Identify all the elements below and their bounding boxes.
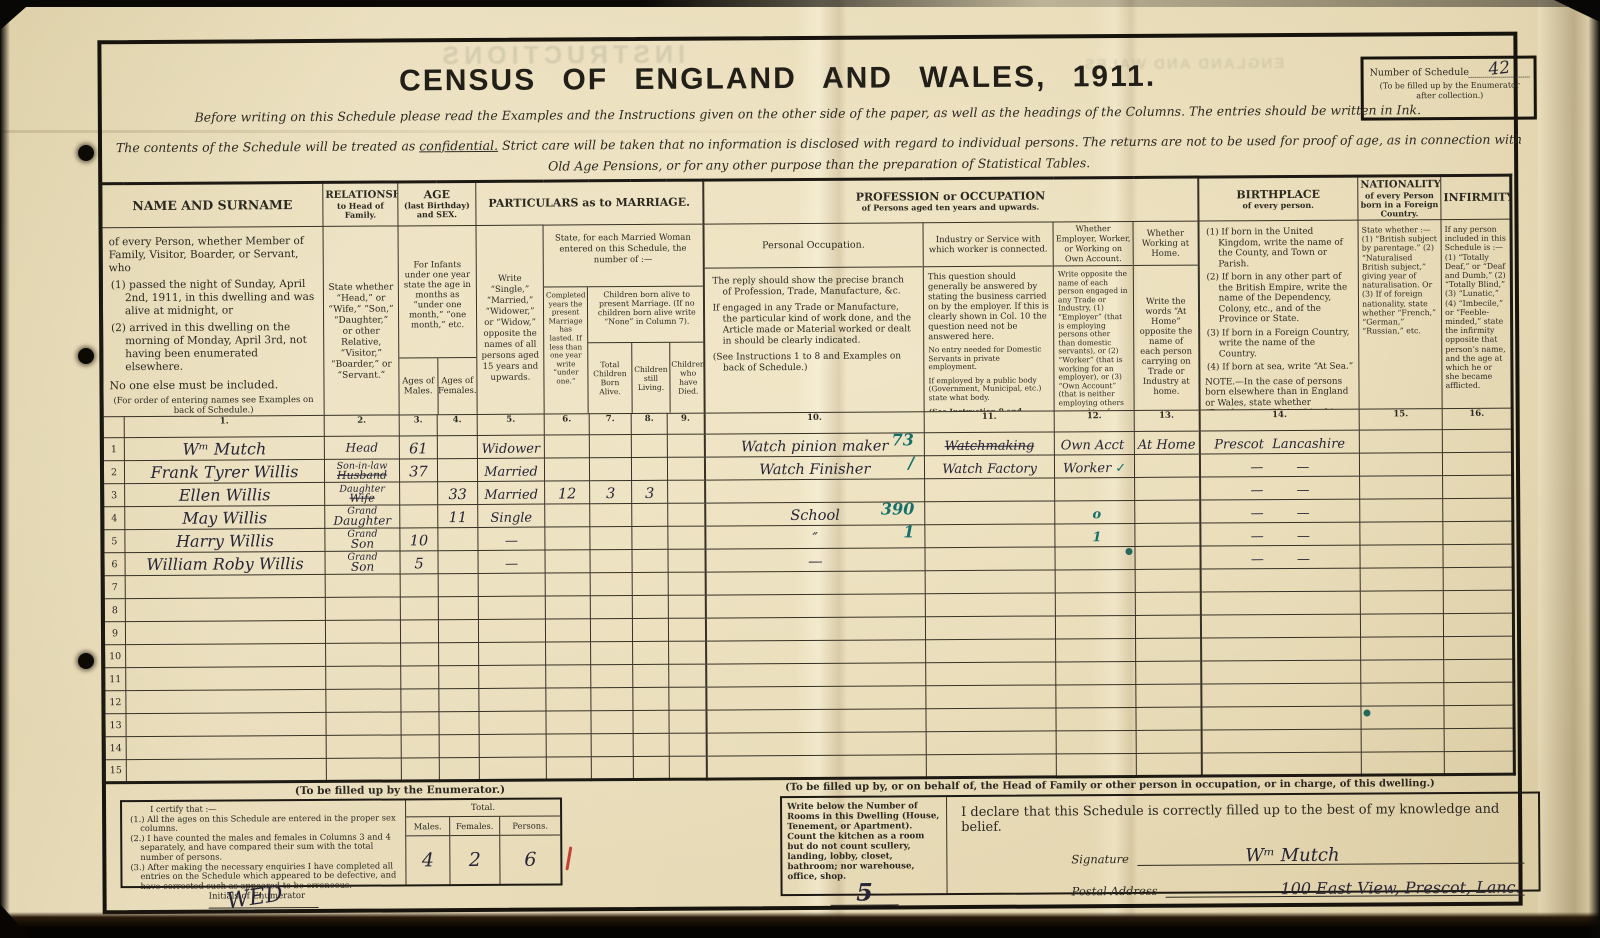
birthplace-cell: — — xyxy=(1200,545,1360,569)
birthplace-cell xyxy=(1200,568,1360,592)
nationality-cell xyxy=(1360,568,1443,592)
nationality-cell xyxy=(1360,453,1443,477)
census-schedule-scan: INSTRUCTIONS ENGLAND AND WALES CENSUS OF… xyxy=(0,0,1600,938)
marriage-cell xyxy=(479,642,546,665)
at-home-cell xyxy=(1135,569,1200,592)
children-born-cell xyxy=(590,504,632,527)
relationship-cell: Grand Son xyxy=(325,551,400,574)
birthplace-cell: — — xyxy=(1200,453,1360,477)
occupation-cell: ″1 xyxy=(705,525,925,549)
children-living-cell xyxy=(633,687,669,710)
infirmity-cell xyxy=(1444,705,1514,728)
name-cell xyxy=(126,712,326,736)
relationship-cell xyxy=(326,689,401,712)
years-married-cell xyxy=(545,619,590,642)
header-descriptions-row: of every Person, whether Member of Famil… xyxy=(101,219,1512,417)
row-number: 11 xyxy=(104,668,126,691)
infirmity-instructions: If any person included in this Schedule … xyxy=(1441,219,1512,408)
industry-cell: Watchmaking xyxy=(924,432,1054,456)
nationality-cell xyxy=(1361,660,1444,684)
relationship-cell xyxy=(326,643,401,666)
rooms-count-value: 5 xyxy=(830,881,899,905)
age-females-cell xyxy=(439,642,479,665)
children-living-cell xyxy=(633,664,669,687)
relationship-cell: Daughter Wife xyxy=(325,482,400,505)
children-died-cell xyxy=(667,457,704,480)
name-cell xyxy=(126,758,326,782)
birthplace-cell xyxy=(1200,591,1360,615)
marriage-cell xyxy=(479,734,546,757)
row-number: 5 xyxy=(103,530,125,553)
occupation-cell xyxy=(705,571,925,595)
intro-line-2: The contents of the Schedule will be tre… xyxy=(110,129,1528,180)
birthplace-cell xyxy=(1201,706,1361,730)
children-died-cell xyxy=(669,756,706,779)
birthplace-cell xyxy=(1200,614,1360,638)
infirmity-cell xyxy=(1444,751,1514,774)
name-cell xyxy=(125,597,325,621)
years-married-cell: 12 xyxy=(545,481,590,504)
children-living-cell xyxy=(632,503,668,526)
birthplace-cell: Prescot Lancashire xyxy=(1199,430,1359,454)
industry-instructions: Industry or Service with which worker is… xyxy=(923,222,1054,412)
occupation-cell xyxy=(706,686,926,710)
age-females-cell: 11 xyxy=(438,504,478,527)
nationality-cell xyxy=(1361,706,1444,730)
years-married-cell xyxy=(544,435,589,458)
marriage-children-group: State, for each Married Woman entered on… xyxy=(543,224,704,414)
marriage-cell: Married xyxy=(477,458,544,481)
scan-corner xyxy=(1554,0,1600,22)
name-column-instructions: of every Person, whether Member of Famil… xyxy=(101,226,324,416)
employer-worker-cell xyxy=(1056,638,1136,661)
children-living-cell: 3 xyxy=(632,480,668,503)
name-cell xyxy=(126,735,326,759)
years-married-cell xyxy=(546,757,591,780)
relationship-cell xyxy=(326,735,401,758)
name-cell: Harry Willis xyxy=(125,528,325,552)
infirmity-cell xyxy=(1443,475,1513,498)
years-married-cell xyxy=(546,688,591,711)
col-header-age: AGE(last Birthday) and SEX. xyxy=(398,181,476,225)
marriage-cell: Married xyxy=(478,481,545,504)
row-number: 9 xyxy=(103,622,125,645)
infirmity-cell xyxy=(1443,544,1513,567)
at-home-cell xyxy=(1136,684,1201,707)
nationality-instructions: State whether :— (1) “British subject by… xyxy=(1358,220,1442,410)
name-cell xyxy=(126,643,326,667)
children-died-cell xyxy=(667,434,704,457)
infirmity-cell xyxy=(1444,636,1514,659)
employer-worker-cell xyxy=(1055,569,1135,592)
years-married-cell xyxy=(546,711,591,734)
nationality-cell xyxy=(1361,752,1444,776)
children-living-cell xyxy=(633,710,669,733)
marriage-cell: — xyxy=(478,527,545,550)
relationship-instructions: State whether “Head,” or “Wife,” “Son,” … xyxy=(323,226,399,415)
age-females-cell xyxy=(438,573,478,596)
children-born-cell xyxy=(590,550,632,573)
signature-value: Wᵐ Mutch xyxy=(1245,845,1339,867)
infirmity-cell xyxy=(1442,429,1512,452)
employer-worker-cell: o xyxy=(1055,500,1135,523)
schedule-number-value: 42 xyxy=(1488,63,1511,75)
marriage-cell: Widower xyxy=(477,435,544,458)
occupation-cell xyxy=(706,709,926,733)
ages-of-males-label: Ages of Males. xyxy=(399,358,438,414)
persons-total: 6 xyxy=(524,849,536,871)
age-females-cell xyxy=(439,734,479,757)
age-males-cell: 5 xyxy=(400,551,438,574)
persons-label: Persons. xyxy=(500,816,560,834)
females-label: Females. xyxy=(450,817,500,835)
children-living-cell xyxy=(631,434,667,457)
years-married-cell xyxy=(545,550,590,573)
birthplace-cell: — — xyxy=(1200,499,1360,523)
at-home-cell xyxy=(1135,523,1200,546)
col-header-nationality: NATIONALITYof every Person born in a For… xyxy=(1358,176,1441,221)
children-born-cell xyxy=(589,458,631,481)
age-females-cell xyxy=(439,711,479,734)
row-number: 14 xyxy=(104,737,126,760)
age-males-cell xyxy=(401,712,439,735)
certify-item-2: (2.) I have counted the males and female… xyxy=(128,832,400,862)
col-header-marriage: PARTICULARS as to MARRIAGE. xyxy=(476,180,703,225)
employer-worker-cell xyxy=(1056,661,1136,684)
employer-worker-cell xyxy=(1055,546,1135,569)
children-living-cell xyxy=(633,756,669,779)
children-born-cell xyxy=(590,573,632,596)
nationality-cell xyxy=(1361,683,1444,707)
at-home-cell xyxy=(1135,500,1200,523)
ink-dot xyxy=(1125,548,1132,555)
punch-hole xyxy=(78,653,94,669)
scan-edge xyxy=(1588,0,1600,938)
children-born-cell xyxy=(590,596,632,619)
relationship-cell xyxy=(325,620,400,643)
children-living-label: Children still Living. xyxy=(632,343,670,413)
age-females-cell xyxy=(439,665,479,688)
children-living-cell xyxy=(632,526,668,549)
postal-address-label: Postal Address xyxy=(1072,884,1158,899)
children-died-label: Children who have Died. xyxy=(670,343,704,413)
relationship-cell xyxy=(326,758,401,781)
age-males-cell xyxy=(400,620,438,643)
ink-dot xyxy=(1363,710,1370,717)
children-died-cell xyxy=(668,480,705,503)
row-number: 7 xyxy=(103,576,125,599)
children-born-cell xyxy=(591,665,633,688)
completed-years-label: Completed years the present Marriage has… xyxy=(544,287,589,413)
years-married-cell xyxy=(546,665,591,688)
infirmity-cell xyxy=(1443,590,1513,613)
scan-corner xyxy=(0,0,34,30)
marriage-cell xyxy=(478,619,545,642)
census-form: INSTRUCTIONS ENGLAND AND WALES CENSUS OF… xyxy=(0,0,1600,938)
age-males-cell xyxy=(401,689,439,712)
children-living-cell xyxy=(632,572,668,595)
nationality-cell xyxy=(1361,729,1444,753)
name-cell: William Roby Willis xyxy=(125,551,325,575)
col-header-name: NAME AND SURNAME xyxy=(101,182,323,227)
employer-worker-cell: Worker✓ xyxy=(1054,454,1134,477)
birthplace-instructions: (1) If born in the United Kingdom, write… xyxy=(1198,220,1359,410)
children-born-cell: 3 xyxy=(590,481,632,504)
name-cell: May Willis xyxy=(125,505,325,529)
row-number: 12 xyxy=(104,691,126,714)
children-died-cell xyxy=(668,595,705,618)
employer-worker-instructions: Whether Employer, Worker, or Working on … xyxy=(1053,221,1134,410)
birthplace-cell xyxy=(1201,637,1361,661)
age-males-cell xyxy=(400,482,438,505)
employer-worker-cell xyxy=(1056,753,1136,776)
marriage-cell xyxy=(479,688,546,711)
total-label: Total. xyxy=(406,799,560,817)
age-females-cell xyxy=(437,458,477,481)
age-females-cell xyxy=(438,527,478,550)
children-living-cell xyxy=(633,733,669,756)
marriage-cell: Single xyxy=(478,504,545,527)
employer-worker-cell xyxy=(1055,477,1135,500)
at-home-cell xyxy=(1135,477,1200,500)
marriage-cell xyxy=(478,573,545,596)
at-home-cell xyxy=(1136,730,1201,753)
name-cell: Ellen Willis xyxy=(125,482,325,506)
row-number: 10 xyxy=(104,645,126,668)
intro-line-2-start: The contents of the Schedule will be tre… xyxy=(116,138,419,155)
children-living-cell xyxy=(632,595,668,618)
occupation-cell xyxy=(706,732,926,756)
children-died-cell xyxy=(669,710,706,733)
age-males-cell: 10 xyxy=(400,528,438,551)
children-died-cell xyxy=(669,641,706,664)
industry-cell xyxy=(925,501,1055,525)
employer-worker-cell: Own Acct xyxy=(1054,431,1134,454)
children-born-cell xyxy=(591,711,633,734)
rooms-instruction-text: Write below the Number of Rooms in this … xyxy=(787,801,941,882)
name-cell xyxy=(126,689,326,713)
children-died-cell xyxy=(669,733,706,756)
children-born-cell xyxy=(590,619,632,642)
years-married-cell xyxy=(546,734,591,757)
name-cell xyxy=(125,574,325,598)
birthplace-cell xyxy=(1201,660,1361,684)
infirmity-cell xyxy=(1443,613,1513,636)
age-instructions: For Infants under one year state the age… xyxy=(398,225,477,414)
industry-cell xyxy=(925,478,1055,502)
name-cell xyxy=(126,666,326,690)
enumerator-certification-box: I certify that :— (1.) All the ages on t… xyxy=(120,797,563,888)
males-total: 4 xyxy=(422,849,434,871)
row-number: 8 xyxy=(103,599,125,622)
declaration-box: Write below the Number of Rooms in this … xyxy=(780,791,1541,896)
children-died-cell xyxy=(668,618,705,641)
row-number: 15 xyxy=(104,760,126,783)
children-died-cell xyxy=(668,526,705,549)
rooms-instruction-box: Write below the Number of Rooms in this … xyxy=(782,797,948,894)
industry-cell xyxy=(926,685,1056,709)
working-at-home-instructions: Whether Working at Home. Write the words… xyxy=(1133,221,1199,410)
age-males-cell: 37 xyxy=(399,459,437,482)
children-died-cell xyxy=(668,549,705,572)
years-married-cell xyxy=(545,527,590,550)
confidential-word: confidential. xyxy=(419,138,498,153)
enumerator-initials-signature: WED xyxy=(226,889,283,907)
industry-cell: Watch Factory xyxy=(924,455,1054,479)
marriage-cell xyxy=(479,665,546,688)
occupation-cell: Watch Finisher/ xyxy=(704,456,924,480)
nationality-cell xyxy=(1360,614,1443,638)
row-number: 1 xyxy=(102,438,124,461)
age-females-cell xyxy=(439,688,479,711)
occupation-cell xyxy=(705,617,925,641)
nationality-cell xyxy=(1360,476,1443,500)
schedule-box-note: after collection.) xyxy=(1370,90,1530,100)
occupation-cell xyxy=(706,663,926,687)
children-died-cell xyxy=(669,664,706,687)
scan-edge xyxy=(0,0,10,938)
nationality-cell xyxy=(1360,545,1443,569)
infirmity-cell xyxy=(1443,452,1513,475)
age-males-cell xyxy=(401,735,439,758)
employer-worker-cell: 1 xyxy=(1055,523,1135,546)
industry-cell xyxy=(925,593,1055,617)
at-home-cell xyxy=(1135,615,1200,638)
at-home-cell xyxy=(1135,546,1200,569)
birthplace-cell xyxy=(1201,683,1361,707)
children-living-cell xyxy=(631,457,667,480)
punch-hole xyxy=(78,145,94,161)
age-males-cell xyxy=(400,574,438,597)
children-born-cell xyxy=(591,757,633,780)
employer-worker-cell xyxy=(1055,615,1135,638)
relationship-cell xyxy=(325,574,400,597)
col-header-profession: PROFESSION or OCCUPATIONof Persons aged … xyxy=(703,177,1198,224)
years-married-cell xyxy=(545,504,590,527)
females-total: 2 xyxy=(469,849,481,871)
infirmity-cell xyxy=(1444,728,1514,751)
children-died-cell xyxy=(668,503,705,526)
age-females-cell xyxy=(437,435,477,458)
children-died-cell xyxy=(668,572,705,595)
at-home-cell xyxy=(1135,592,1200,615)
birthplace-cell xyxy=(1201,729,1361,753)
scan-edge xyxy=(0,912,1600,938)
birthplace-cell xyxy=(1201,752,1361,776)
occupation-cell: Watch pinion maker73 xyxy=(704,433,924,457)
infirmity-cell xyxy=(1443,498,1513,521)
infirmity-cell xyxy=(1443,567,1513,590)
signature-label: Signature xyxy=(1071,852,1129,866)
children-living-cell xyxy=(633,641,669,664)
name-cell: Wᵐ Mutch xyxy=(124,436,324,460)
occupation-cell: School390 xyxy=(705,502,925,526)
industry-cell xyxy=(926,639,1056,663)
employer-worker-cell xyxy=(1056,684,1136,707)
scan-edge xyxy=(0,0,1600,7)
marriage-write-single: Write “Single,” “Married,” “Widower,” or… xyxy=(476,225,544,414)
census-table: NAME AND SURNAME RELATIONSHIPto Head of … xyxy=(99,174,1516,785)
schedule-box-note: (To be filled up by the Enumerator xyxy=(1370,81,1530,91)
years-married-cell xyxy=(546,642,591,665)
children-living-cell xyxy=(632,618,668,641)
occupation-cell xyxy=(706,640,926,664)
children-born-cell xyxy=(589,435,631,458)
at-home-cell: At Home xyxy=(1134,431,1199,454)
children-born-label: Total Children Born Alive. xyxy=(588,343,632,413)
children-born-cell xyxy=(591,688,633,711)
birthplace-cell: — — xyxy=(1200,476,1360,500)
marriage-cell xyxy=(478,596,545,619)
name-cell xyxy=(125,620,325,644)
age-males-cell xyxy=(400,597,438,620)
age-males-cell: 61 xyxy=(399,436,437,459)
age-females-cell xyxy=(439,757,479,780)
occupation-cell xyxy=(705,594,925,618)
nationality-cell xyxy=(1359,430,1442,454)
males-label: Males. xyxy=(406,817,450,835)
totals-box: Total. Males. Females. Persons. 4 2 6 xyxy=(405,799,561,884)
declaration-text: I declare that this Schedule is correctl… xyxy=(961,802,1524,835)
children-born-cell xyxy=(590,527,632,550)
intro-line-2-end: Strict care will be taken that no inform… xyxy=(498,132,1522,174)
age-females-cell xyxy=(438,596,478,619)
age-females-cell xyxy=(438,550,478,573)
birthplace-cell: — — xyxy=(1200,522,1360,546)
marriage-cell: — xyxy=(478,550,545,573)
at-home-cell xyxy=(1136,661,1201,684)
infirmity-cell xyxy=(1443,521,1513,544)
children-living-cell xyxy=(632,549,668,572)
nationality-cell xyxy=(1360,499,1443,523)
punch-hole xyxy=(78,348,94,364)
industry-cell xyxy=(925,547,1055,571)
postal-address-value: 100 East View, Prescot, Lanc. xyxy=(1280,878,1520,898)
relationship-cell: Grand Daughter xyxy=(325,505,400,528)
industry-cell xyxy=(926,708,1056,732)
at-home-cell xyxy=(1136,753,1201,776)
children-born-cell xyxy=(591,734,633,757)
row-number: 3 xyxy=(103,484,125,507)
occupation-cell: — xyxy=(705,548,925,572)
schedule-number-label: Number of Schedule xyxy=(1370,67,1469,79)
infirmity-cell xyxy=(1444,659,1514,682)
relationship-cell: Head xyxy=(324,436,399,459)
years-married-cell xyxy=(545,596,590,619)
children-died-cell xyxy=(669,687,706,710)
infirmity-cell xyxy=(1444,682,1514,705)
relationship-cell xyxy=(325,597,400,620)
marriage-cell xyxy=(479,711,546,734)
relationship-cell xyxy=(326,712,401,735)
at-home-cell xyxy=(1134,454,1199,477)
employer-worker-cell xyxy=(1055,592,1135,615)
row-number: 6 xyxy=(103,553,125,576)
at-home-cell xyxy=(1136,707,1201,730)
industry-cell xyxy=(925,570,1055,594)
row-number: 4 xyxy=(103,507,125,530)
age-males-cell xyxy=(401,758,439,781)
age-males-cell xyxy=(401,666,439,689)
personal-occupation-instructions: Personal Occupation. The reply should sh… xyxy=(703,223,924,413)
industry-cell xyxy=(926,731,1056,755)
industry-cell xyxy=(925,616,1055,640)
gutter-cell xyxy=(102,417,124,438)
age-males-cell xyxy=(400,505,438,528)
industry-cell xyxy=(925,524,1055,548)
years-married-cell xyxy=(544,458,589,481)
employer-worker-cell xyxy=(1056,707,1136,730)
